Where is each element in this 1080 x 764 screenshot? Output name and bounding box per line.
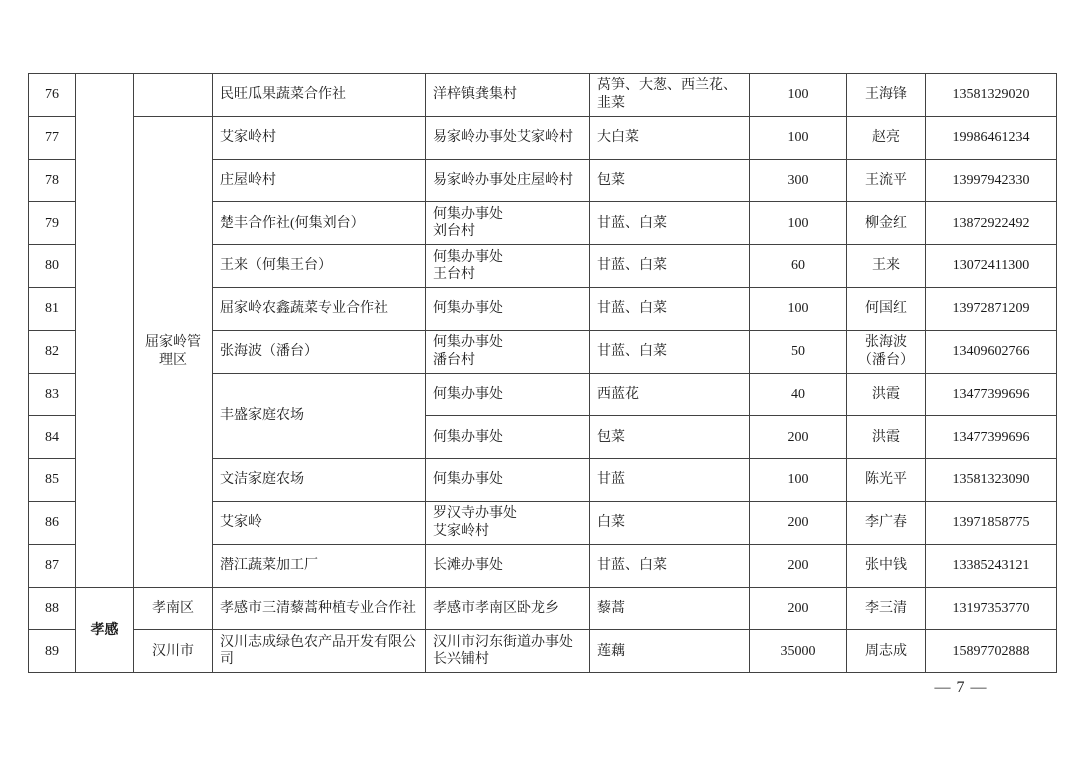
phone-cell: 15897702888 xyxy=(926,630,1057,673)
vegetable-cell: 甘蓝、白菜 xyxy=(590,330,750,373)
phone-cell: 19986461234 xyxy=(926,116,1057,159)
district-cell-qujialing: 屈家岭管 理区 xyxy=(134,116,213,587)
row-number: 85 xyxy=(29,459,76,502)
address-cell: 何集办事处 刘台村 xyxy=(426,202,590,245)
district-cell-empty xyxy=(134,74,213,117)
address-cell: 何集办事处 xyxy=(426,459,590,502)
org-name-cell: 王来（何集王台） xyxy=(213,245,426,288)
vegetable-cell: 甘蓝、白菜 xyxy=(590,202,750,245)
quantity-cell: 50 xyxy=(750,330,847,373)
contact-cell: 李广春 xyxy=(847,501,926,544)
vegetable-cell: 莴笋、大葱、西兰花、韭菜 xyxy=(590,74,750,117)
contact-cell: 张海波（潘台） xyxy=(847,330,926,373)
vegetable-cell: 西蓝花 xyxy=(590,373,750,416)
phone-cell: 13385243121 xyxy=(926,544,1057,587)
contact-cell: 李三清 xyxy=(847,587,926,630)
vegetable-supply-table: 76 民旺瓜果蔬菜合作社 洋梓镇龚集村 莴笋、大葱、西兰花、韭菜 100 王海锋… xyxy=(28,73,1057,673)
phone-cell: 13581323090 xyxy=(926,459,1057,502)
quantity-cell: 100 xyxy=(750,74,847,117)
address-cell: 罗汉寺办事处 艾家岭村 xyxy=(426,501,590,544)
contact-cell: 陈光平 xyxy=(847,459,926,502)
phone-cell: 13872922492 xyxy=(926,202,1057,245)
org-name-cell: 楚丰合作社(何集刘台） xyxy=(213,202,426,245)
region-cell-xiaogan: 孝感 xyxy=(76,587,134,673)
row-number: 80 xyxy=(29,245,76,288)
quantity-cell: 200 xyxy=(750,544,847,587)
quantity-cell: 35000 xyxy=(750,630,847,673)
row-number: 84 xyxy=(29,416,76,459)
org-name-cell: 民旺瓜果蔬菜合作社 xyxy=(213,74,426,117)
table-row: 89 汉川市 汉川志成绿色农产品开发有限公司 汉川市汈东街道办事处 长兴铺村 莲… xyxy=(29,630,1057,673)
quantity-cell: 100 xyxy=(750,459,847,502)
vegetable-cell: 甘蓝 xyxy=(590,459,750,502)
org-name-cell: 丰盛家庭农场 xyxy=(213,373,426,459)
row-number: 83 xyxy=(29,373,76,416)
contact-cell: 王海锋 xyxy=(847,74,926,117)
table-row: 77 屈家岭管 理区 艾家岭村 易家岭办事处艾家岭村 大白菜 100 赵亮 19… xyxy=(29,116,1057,159)
quantity-cell: 200 xyxy=(750,501,847,544)
org-name-cell: 张海波（潘台） xyxy=(213,330,426,373)
contact-cell: 洪霞 xyxy=(847,416,926,459)
row-number: 78 xyxy=(29,159,76,202)
row-number: 89 xyxy=(29,630,76,673)
contact-cell: 赵亮 xyxy=(847,116,926,159)
address-cell: 长滩办事处 xyxy=(426,544,590,587)
row-number: 86 xyxy=(29,501,76,544)
phone-cell: 13197353770 xyxy=(926,587,1057,630)
org-name-cell: 屈家岭农鑫蔬菜专业合作社 xyxy=(213,287,426,330)
address-cell: 易家岭办事处庄屋岭村 xyxy=(426,159,590,202)
org-name-cell: 汉川志成绿色农产品开发有限公司 xyxy=(213,630,426,673)
row-number: 77 xyxy=(29,116,76,159)
district-cell: 汉川市 xyxy=(134,630,213,673)
row-number: 76 xyxy=(29,74,76,117)
org-name-cell: 文洁家庭农场 xyxy=(213,459,426,502)
phone-cell: 13997942330 xyxy=(926,159,1057,202)
quantity-cell: 100 xyxy=(750,202,847,245)
quantity-cell: 100 xyxy=(750,287,847,330)
row-number: 81 xyxy=(29,287,76,330)
phone-cell: 13477399696 xyxy=(926,373,1057,416)
row-number: 88 xyxy=(29,587,76,630)
contact-cell: 柳金红 xyxy=(847,202,926,245)
row-number: 87 xyxy=(29,544,76,587)
phone-cell: 13971858775 xyxy=(926,501,1057,544)
org-name-cell: 艾家岭村 xyxy=(213,116,426,159)
phone-cell: 13072411300 xyxy=(926,245,1057,288)
table-row: 88 孝感 孝南区 孝感市三清藜蒿种植专业合作社 孝感市孝南区卧龙乡 藜蒿 20… xyxy=(29,587,1057,630)
contact-cell: 王来 xyxy=(847,245,926,288)
quantity-cell: 100 xyxy=(750,116,847,159)
region-cell-empty xyxy=(76,74,134,588)
table-row: 76 民旺瓜果蔬菜合作社 洋梓镇龚集村 莴笋、大葱、西兰花、韭菜 100 王海锋… xyxy=(29,74,1057,117)
address-cell: 何集办事处 xyxy=(426,373,590,416)
contact-cell: 王流平 xyxy=(847,159,926,202)
contact-cell: 洪霞 xyxy=(847,373,926,416)
vegetable-cell: 藜蒿 xyxy=(590,587,750,630)
vegetable-cell: 甘蓝、白菜 xyxy=(590,245,750,288)
row-number: 82 xyxy=(29,330,76,373)
vegetable-cell: 白菜 xyxy=(590,501,750,544)
quantity-cell: 200 xyxy=(750,416,847,459)
vegetable-cell: 包菜 xyxy=(590,416,750,459)
contact-cell: 周志成 xyxy=(847,630,926,673)
quantity-cell: 60 xyxy=(750,245,847,288)
vegetable-cell: 莲藕 xyxy=(590,630,750,673)
org-name-cell: 庄屋岭村 xyxy=(213,159,426,202)
vegetable-cell: 甘蓝、白菜 xyxy=(590,287,750,330)
phone-cell: 13581329020 xyxy=(926,74,1057,117)
address-cell: 何集办事处 xyxy=(426,287,590,330)
vegetable-cell: 甘蓝、白菜 xyxy=(590,544,750,587)
address-cell: 洋梓镇龚集村 xyxy=(426,74,590,117)
quantity-cell: 200 xyxy=(750,587,847,630)
phone-cell: 13972871209 xyxy=(926,287,1057,330)
address-cell: 何集办事处 xyxy=(426,416,590,459)
address-cell: 汉川市汈东街道办事处 长兴铺村 xyxy=(426,630,590,673)
quantity-cell: 300 xyxy=(750,159,847,202)
document-page: 76 民旺瓜果蔬菜合作社 洋梓镇龚集村 莴笋、大葱、西兰花、韭菜 100 王海锋… xyxy=(0,0,1080,764)
org-name-cell: 孝感市三清藜蒿种植专业合作社 xyxy=(213,587,426,630)
org-name-cell: 潜江蔬菜加工厂 xyxy=(213,544,426,587)
phone-cell: 13409602766 xyxy=(926,330,1057,373)
row-number: 79 xyxy=(29,202,76,245)
contact-cell: 张中钱 xyxy=(847,544,926,587)
contact-cell: 何国红 xyxy=(847,287,926,330)
vegetable-cell: 大白菜 xyxy=(590,116,750,159)
org-name-cell: 艾家岭 xyxy=(213,501,426,544)
address-cell: 何集办事处 王台村 xyxy=(426,245,590,288)
phone-cell: 13477399696 xyxy=(926,416,1057,459)
quantity-cell: 40 xyxy=(750,373,847,416)
district-cell: 孝南区 xyxy=(134,587,213,630)
address-cell: 何集办事处 潘台村 xyxy=(426,330,590,373)
vegetable-cell: 包菜 xyxy=(590,159,750,202)
address-cell: 孝感市孝南区卧龙乡 xyxy=(426,587,590,630)
address-cell: 易家岭办事处艾家岭村 xyxy=(426,116,590,159)
page-number: — 7 — xyxy=(920,679,1002,697)
